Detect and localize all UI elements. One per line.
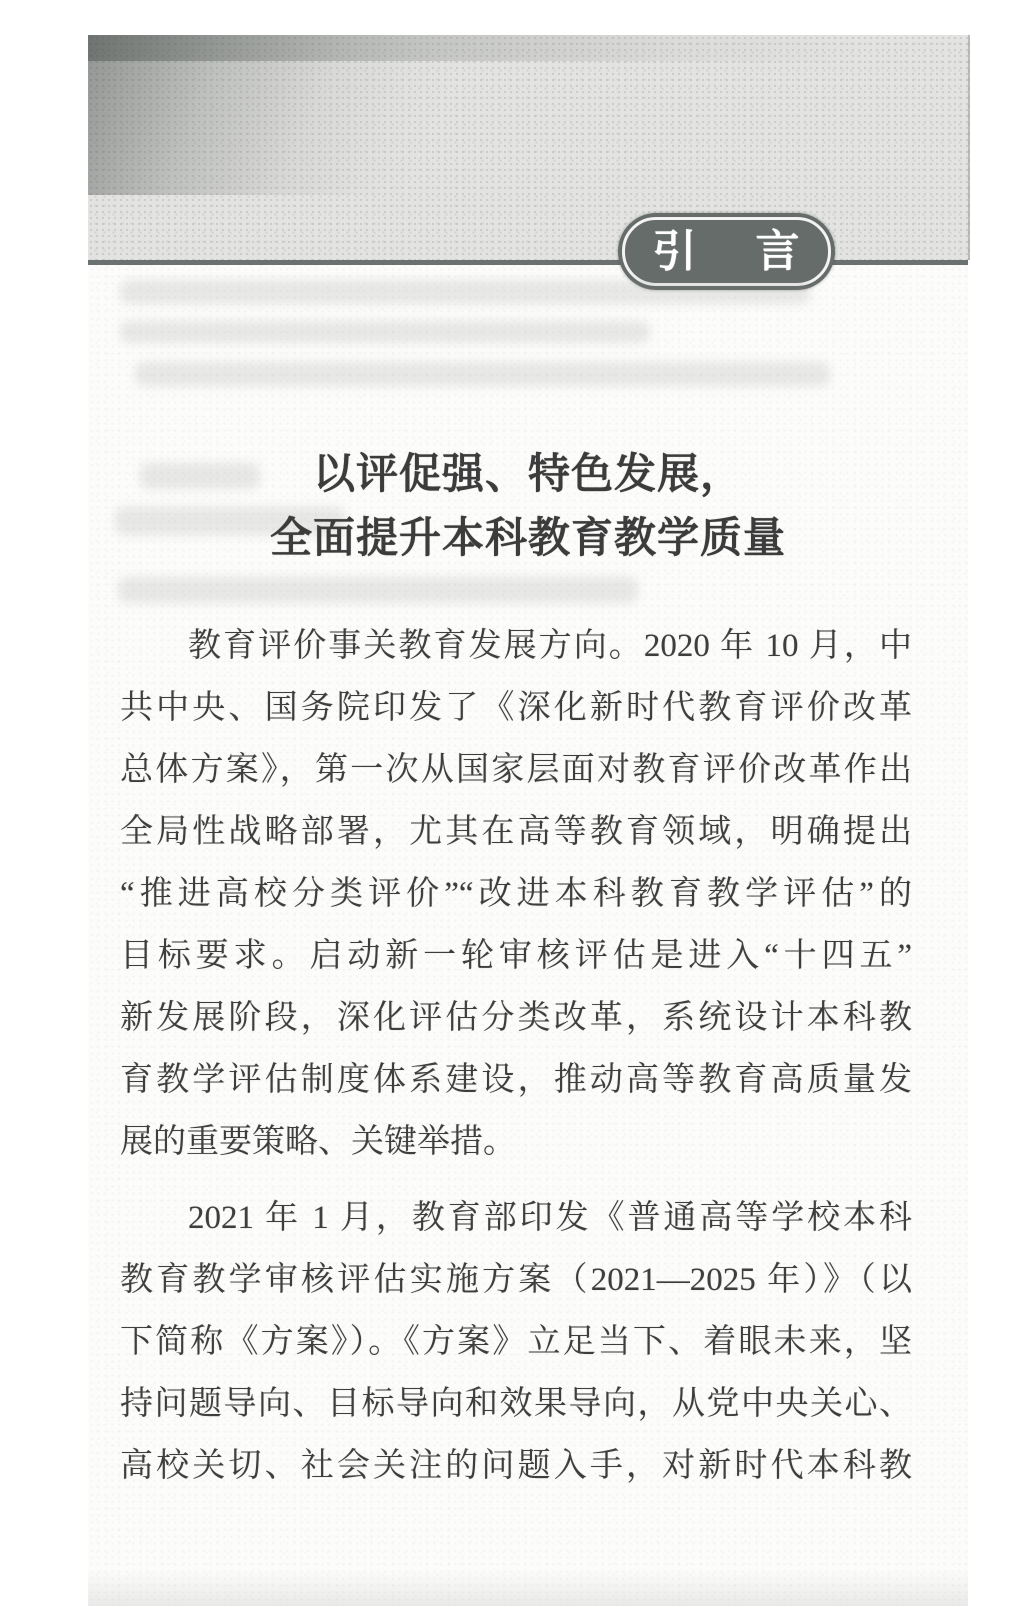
body-line: 共中央、国务院印发了《深化新时代教育评价改革 (120, 677, 912, 739)
bleed-through-smudge (120, 321, 650, 343)
body-line: 教育评价事关教育发展方向。2020 年 10 月，中 (120, 615, 912, 677)
scan-gray-band (88, 35, 970, 260)
body-line: 高校关切、社会关注的问题入手，对新时代本科教 (120, 1435, 912, 1497)
body-line: 2021 年 1 月，教育部印发《普通高等学校本科 (120, 1187, 912, 1249)
body-line: 育教学评估制度体系建设，推动高等教育高质量发 (120, 1049, 912, 1111)
bleed-through-smudge (120, 280, 810, 304)
chapter-badge-outline: 引 言 (622, 217, 831, 286)
header-rule (88, 260, 968, 265)
bleed-through-smudge (118, 577, 638, 603)
body-line: 下简称《方案》）。《方案》立足当下、着眼未来，坚 (120, 1311, 912, 1373)
scan-bottom-edge-shadow (88, 1570, 968, 1606)
body-line: 持问题导向、目标导向和效果导向，从党中央关心、 (120, 1373, 912, 1435)
scanned-book-page: 引 言 以评促强、特色发展， 全面提升本科教育教学质量 教育评价事关教育发展方向… (0, 0, 1022, 1606)
body-line: “推进高校分类评价”“改进本科教育教学评估”的 (120, 863, 912, 925)
body-text: 教育评价事关教育发展方向。2020 年 10 月，中 共中央、国务院印发了《深化… (120, 615, 912, 1497)
body-line: 总体方案》，第一次从国家层面对教育评价改革作出 (120, 739, 912, 801)
scan-top-edge-shadow (88, 35, 868, 61)
document-title-line1: 以评促强、特色发展， (88, 443, 968, 507)
chapter-badge: 引 言 (618, 213, 835, 290)
body-line: 教育教学审核评估实施方案（2021—2025 年）》（以 (120, 1249, 912, 1311)
paragraph-2: 2021 年 1 月，教育部印发《普通高等学校本科 教育教学审核评估实施方案（2… (120, 1187, 912, 1497)
bleed-through-smudge (135, 362, 830, 386)
paragraph-1: 教育评价事关教育发展方向。2020 年 10 月，中 共中央、国务院印发了《深化… (120, 615, 912, 1173)
document-title-line2: 全面提升本科教育教学质量 (88, 507, 968, 571)
page: 引 言 以评促强、特色发展， 全面提升本科教育教学质量 教育评价事关教育发展方向… (88, 35, 968, 1606)
document-title: 以评促强、特色发展， 全面提升本科教育教学质量 (88, 443, 968, 571)
body-line: 新发展阶段，深化评估分类改革，系统设计本科教 (120, 987, 912, 1049)
body-line: 目标要求。启动新一轮审核评估是进入“十四五” (120, 925, 912, 987)
chapter-badge-label: 引 言 (653, 230, 801, 274)
body-line: 全局性战略部署，尤其在高等教育领域，明确提出 (120, 801, 912, 863)
body-line: 展的重要策略、关键举措。 (120, 1111, 912, 1173)
